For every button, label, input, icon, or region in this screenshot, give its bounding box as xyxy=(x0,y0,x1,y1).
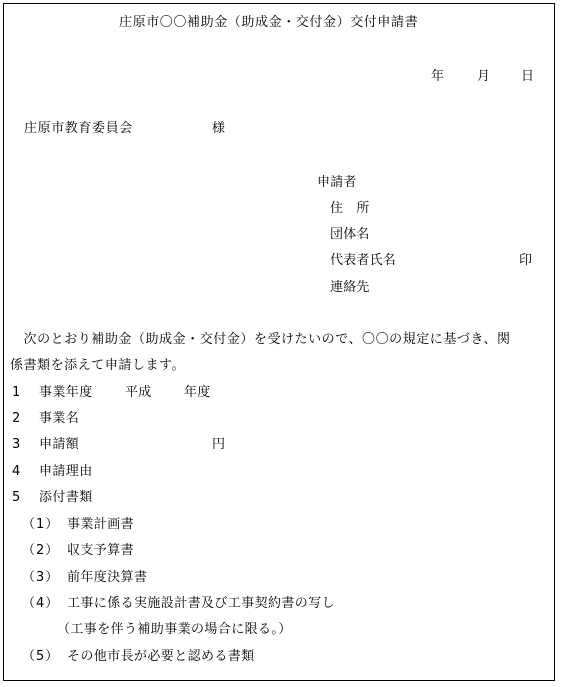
item-label-request-amount: 申請額 xyxy=(39,437,79,453)
item-number-5: 5 xyxy=(12,490,20,506)
attachment-construction-documents: 工事に係る実施設計書及び工事契約書の写し xyxy=(67,596,335,612)
item-number-1: 1 xyxy=(12,385,20,401)
attachment-construction-note: （工事を伴う補助事業の場合に限る。） xyxy=(57,622,292,638)
applicant-address-label: 住 所 xyxy=(330,201,370,217)
item-number-3: 3 xyxy=(12,437,20,453)
item-number-2: 2 xyxy=(12,411,20,427)
item-era-heisei: 平成 xyxy=(125,385,151,401)
item-label-attachments: 添付書類 xyxy=(39,490,93,506)
item-yen-unit: 円 xyxy=(212,437,225,453)
applicant-representative-label: 代表者氏名 xyxy=(330,253,396,269)
date-day-label: 日 xyxy=(521,69,534,85)
item-label-fiscal-year: 事業年度 xyxy=(39,385,93,401)
addressee-honorific: 様 xyxy=(212,121,225,137)
date-month-label: 月 xyxy=(477,69,490,85)
addressee-name: 庄原市教育委員会 xyxy=(24,121,133,137)
seal-mark: 印 xyxy=(519,253,532,269)
attachment-number-5: （5） xyxy=(22,649,59,665)
item-number-4: 4 xyxy=(12,464,20,480)
attachment-number-4: （4） xyxy=(22,596,59,612)
attachment-number-3: （3） xyxy=(22,570,59,586)
applicant-organization-label: 団体名 xyxy=(330,227,370,243)
attachment-prior-year-settlement: 前年度決算書 xyxy=(67,570,147,586)
attachment-budget: 収支予算書 xyxy=(67,543,134,559)
item-label-project-name: 事業名 xyxy=(39,411,79,427)
body-paragraph-line-1: 次のとおり補助金（助成金・交付金）を受けたいので、〇〇の規定に基づき、関 xyxy=(10,332,511,348)
body-paragraph-line-2: 係書類を添えて申請します。 xyxy=(10,358,185,374)
applicant-contact-label: 連絡先 xyxy=(330,280,370,296)
applicant-heading: 申請者 xyxy=(317,175,357,191)
item-fiscal-year-suffix: 年度 xyxy=(184,385,210,401)
date-year-label: 年 xyxy=(431,69,444,85)
document-title: 庄原市〇〇補助金（助成金・交付金）交付申請書 xyxy=(119,15,418,31)
attachment-other-documents: その他市長が必要と認める書類 xyxy=(67,649,255,665)
attachment-business-plan: 事業計画書 xyxy=(67,517,134,533)
attachment-number-2: （2） xyxy=(22,543,59,559)
attachment-number-1: （1） xyxy=(22,517,59,533)
item-label-reason: 申請理由 xyxy=(39,464,93,480)
